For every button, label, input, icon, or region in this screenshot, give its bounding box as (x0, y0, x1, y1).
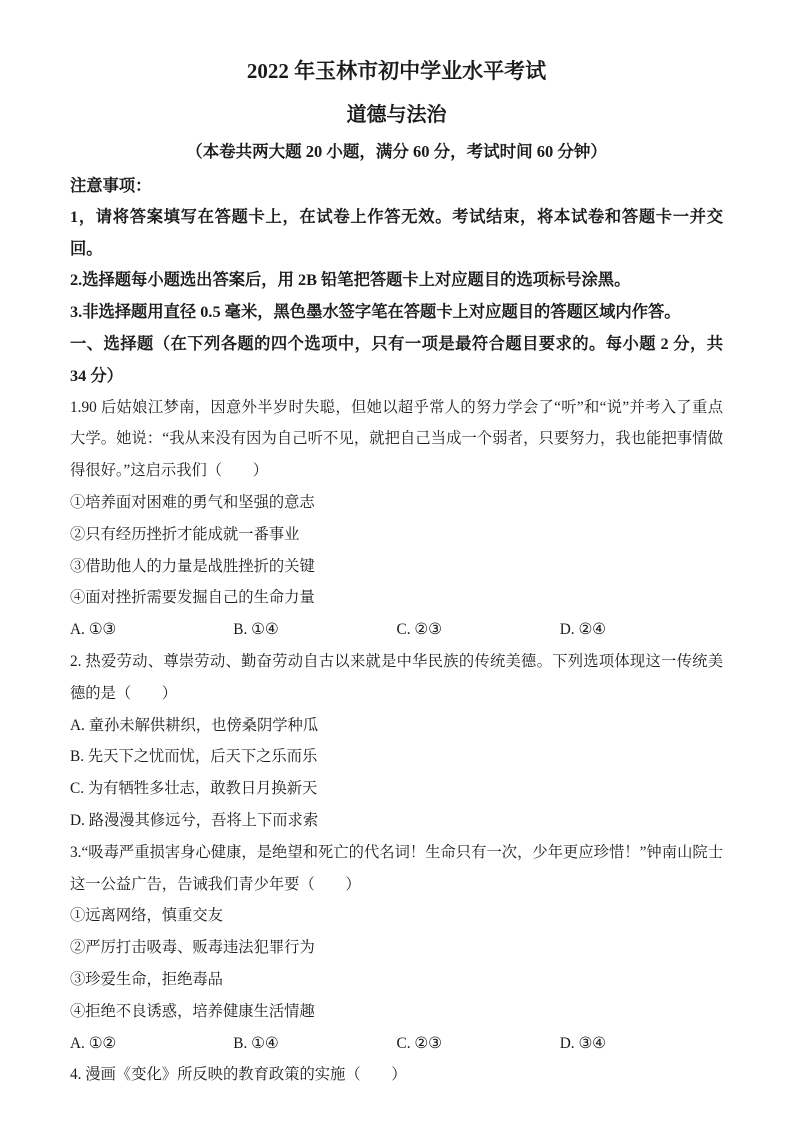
q4-stem: 4. 漫画《变化》所反映的教育政策的实施（ ） (70, 1059, 723, 1091)
exam-page: 2022 年玉林市初中学业水平考试 道德与法治 （本卷共两大题 20 小题，满分… (0, 0, 793, 1122)
notice-item-2: 2.选择题每小题选出答案后，用 2B 铅笔把答题卡上对应题目的选项标号涂黑。 (70, 264, 723, 296)
q3-choice-b: B. ①④ (233, 1028, 396, 1060)
q3-choice-c: C. ②③ (397, 1028, 560, 1060)
q1-choice-c: C. ②③ (397, 614, 560, 646)
notice-item-3: 3.非选择题用直径 0.5 毫米，黑色墨水签字笔在答题卡上对应题目的答题区域内作… (70, 296, 723, 328)
q1-item-4: ④面对挫折需要发掘自己的生命力量 (70, 582, 723, 614)
section-heading: 一、选择题（在下列各题的四个选项中，只有一项是最符合题目要求的。每小题 2 分，… (70, 328, 723, 392)
q1-item-3: ③借助他人的力量是战胜挫折的关键 (70, 551, 723, 583)
q2-option-a: A. 童孙未解供耕织，也傍桑阴学种瓜 (70, 710, 723, 742)
q3-item-3: ③珍爱生命，拒绝毒品 (70, 964, 723, 996)
notice-item-1: 1，请将答案填写在答题卡上，在试卷上作答无效。考试结束，将本试卷和答题卡一并交回… (70, 201, 723, 265)
q3-item-4: ④拒绝不良诱惑，培养健康生活情趣 (70, 996, 723, 1028)
q3-choices-row: A. ①② B. ①④ C. ②③ D. ③④ (70, 1028, 723, 1060)
q1-item-1: ①培养面对困难的勇气和坚强的意志 (70, 487, 723, 519)
q3-choice-d: D. ③④ (560, 1028, 723, 1060)
exam-subject: 道德与法治 (70, 100, 723, 130)
q1-choices-row: A. ①③ B. ①④ C. ②③ D. ②④ (70, 614, 723, 646)
q2-option-d: D. 路漫漫其修远兮，吾将上下而求索 (70, 805, 723, 837)
q3-item-2: ②严厉打击吸毒、贩毒违法犯罪行为 (70, 932, 723, 964)
q3-stem: 3.“吸毒严重损害身心健康，是绝望和死亡的代名词！生命只有一次，少年更应珍惜！”… (70, 837, 723, 901)
q2-stem: 2. 热爱劳动、尊崇劳动、勤奋劳动自古以来就是中华民族的传统美德。下列选项体现这… (70, 646, 723, 710)
q1-choice-a: A. ①③ (70, 614, 233, 646)
q2-option-b: B. 先天下之忧而忧，后天下之乐而乐 (70, 741, 723, 773)
q3-choice-a: A. ①② (70, 1028, 233, 1060)
exam-title: 2022 年玉林市初中学业水平考试 (70, 56, 723, 88)
notice-heading: 注意事项： (70, 171, 723, 201)
q1-stem: 1.90 后姑娘江梦南，因意外半岁时失聪，但她以超乎常人的努力学会了“听”和“说… (70, 392, 723, 487)
q1-item-2: ②只有经历挫折才能成就一番事业 (70, 519, 723, 551)
q2-option-c: C. 为有牺牲多壮志，敢教日月换新天 (70, 773, 723, 805)
q3-item-1: ①远离网络，慎重交友 (70, 900, 723, 932)
q1-choice-d: D. ②④ (560, 614, 723, 646)
exam-meta-line: （本卷共两大题 20 小题，满分 60 分，考试时间 60 分钟） (70, 139, 723, 165)
q1-choice-b: B. ①④ (233, 614, 396, 646)
